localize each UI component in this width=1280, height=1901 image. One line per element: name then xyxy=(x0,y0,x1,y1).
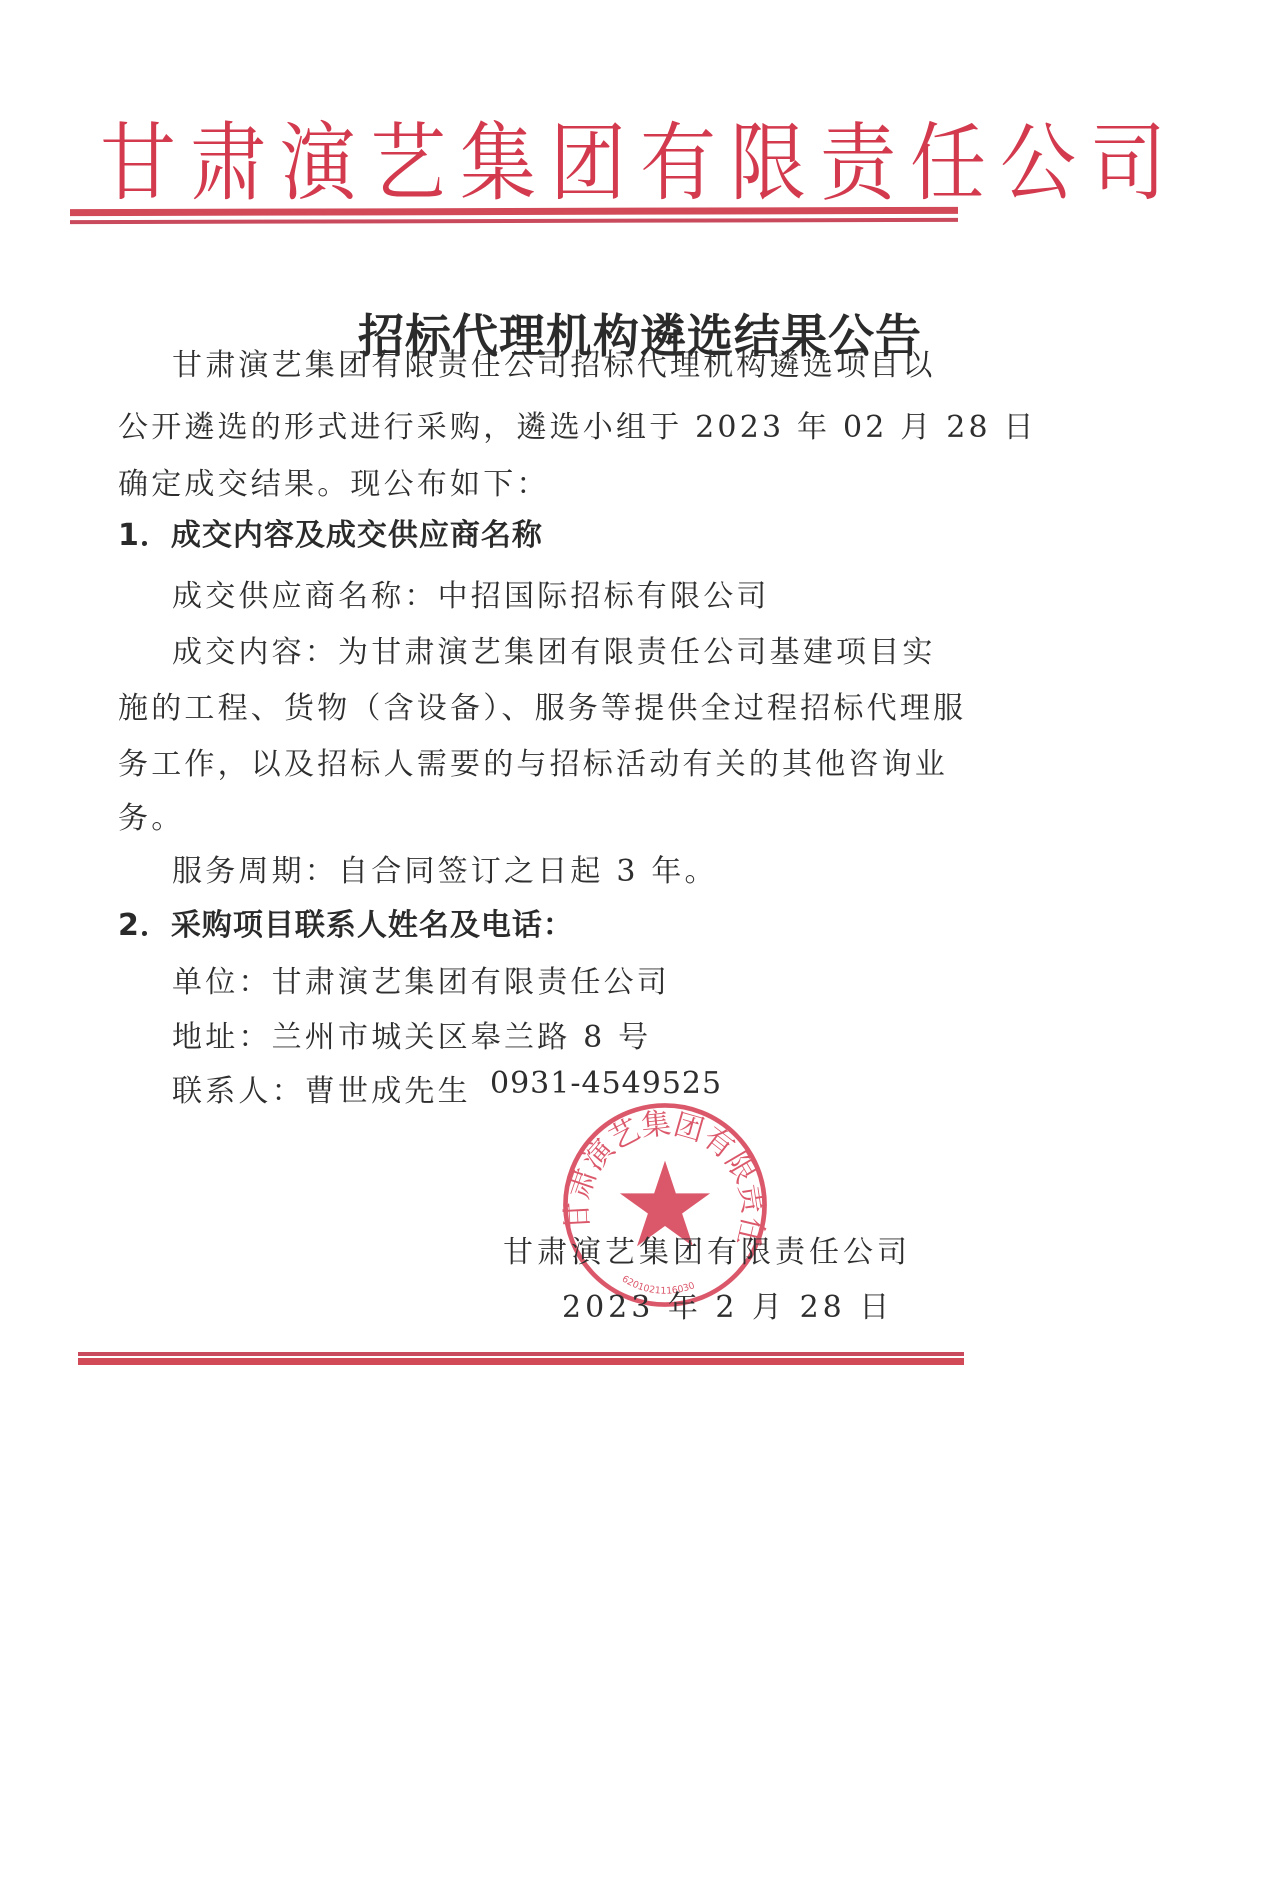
contact-phone: 0931-4549525 xyxy=(490,1066,722,1101)
footer-rule-thin xyxy=(78,1352,964,1356)
content-line-3: 务工作，以及招标人需要的与招标活动有关的其他咨询业 xyxy=(118,739,948,783)
intro-line-2: 公开遴选的形式进行采购，遴选小组于 2023 年 02 月 28 日 xyxy=(118,402,1037,446)
section-1-heading: 1．成交内容及成交供应商名称 xyxy=(118,510,543,554)
footer-rule-thick xyxy=(78,1358,964,1365)
intro-line-3: 确定成交结果。现公布如下： xyxy=(118,459,550,503)
supplier-name: 成交供应商名称：中招国际招标有限公司 xyxy=(172,571,770,615)
content-line-1: 成交内容：为甘肃演艺集团有限责任公司基建项目实 xyxy=(172,627,936,671)
contact-unit: 单位：甘肃演艺集团有限责任公司 xyxy=(172,957,670,1001)
contact-person: 联系人：曹世成先生 xyxy=(172,1066,471,1110)
service-period: 服务周期：自合同签订之日起 3 年。 xyxy=(172,846,718,890)
intro-line-1: 甘肃演艺集团有限责任公司招标代理机构遴选项目以 xyxy=(172,340,936,384)
signature-company: 甘肃演艺集团有限责任公司 xyxy=(503,1227,911,1271)
letterhead-company-name: 甘肃演艺集团有限责任公司 xyxy=(0,95,1280,217)
contact-address: 地址：兰州市城关区皋兰路 8 号 xyxy=(172,1012,651,1056)
header-rule-thin xyxy=(70,218,958,224)
content-line-4: 务。 xyxy=(118,793,184,837)
content-line-2: 施的工程、货物（含设备）、服务等提供全过程招标代理服 xyxy=(118,683,966,727)
official-seal-icon: 甘肃演艺集团有限责任公司 6201021116030 xyxy=(560,1100,770,1310)
section-2-heading: 2．采购项目联系人姓名及电话： xyxy=(118,900,574,944)
signature-date: 2023 年 2 月 28 日 xyxy=(562,1282,893,1326)
